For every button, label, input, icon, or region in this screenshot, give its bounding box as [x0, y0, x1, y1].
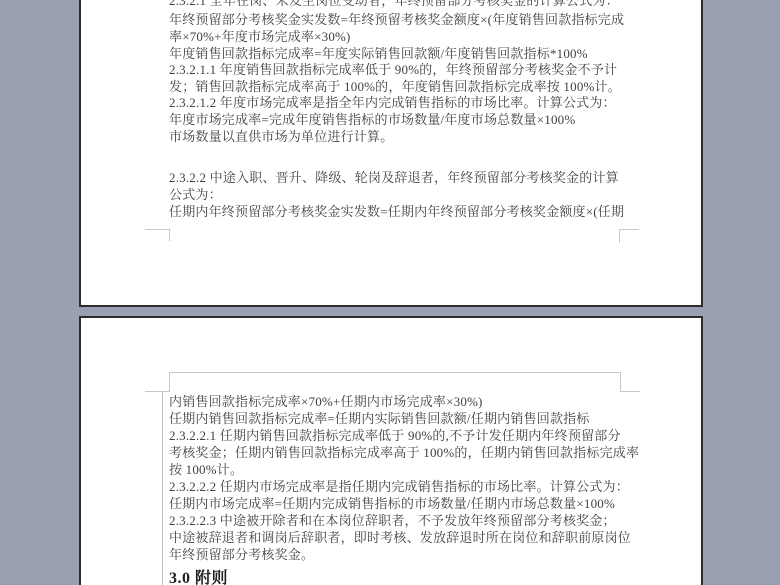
- text-line: 任期内销售回款指标完成率=任期内实际销售回款额/任期内销售回款指标: [169, 411, 590, 427]
- text-line: 年度销售回款指标完成率=年度实际销售回款额/年度销售回款指标*100%: [169, 46, 588, 62]
- text-line: 考核奖金；任期内销售回款指标完成率高于 100%的，任期内销售回款指标完成率: [169, 445, 639, 461]
- document-page-1[interactable]: 2.3.2.1 全年在岗、未发生岗位变动者，年终预留部分考核奖金的计算公式为： …: [79, 0, 703, 307]
- text-line: 2.3.2.2.1 任期内销售回款指标完成率低于 90%的,不予计发任期内年终预…: [169, 428, 621, 444]
- margin-mark-bottom-left-v: [169, 229, 170, 241]
- margin-mark-bottom-right-v: [619, 229, 620, 243]
- margin-mark-top-right-tick: [620, 391, 640, 392]
- text-line: 中途被辞退者和调岗后辞职者，即时考核、发放辞退时所在岗位和辞职前原岗位: [169, 530, 631, 546]
- text-line: 2.3.2.1.2 年度市场完成率是指全年内完成销售指标的市场比率。计算公式为：: [169, 95, 616, 111]
- text-line: 任期内市场完成率=任期内完成销售指标的市场数量/任期内市场总数量×100%: [169, 496, 615, 512]
- text-line: 发；销售回款指标完成率高于 100%的，年度销售回款指标完成率按 100%计。: [169, 79, 621, 95]
- text-line: 率×70%+年度市场完成率×30%): [169, 29, 351, 45]
- text-line: 年终预留部分考核奖金实发数=年终预留考核奖金额度×(年度销售回款指标完成: [169, 12, 624, 28]
- text-line: 2.3.2.1.1 年度销售回款指标完成率低于 90%的，年终预留部分考核奖金不…: [169, 62, 617, 78]
- document-preview-canvas: 2.3.2.1 全年在岗、未发生岗位变动者，年终预留部分考核奖金的计算公式为： …: [0, 0, 780, 585]
- text-line: 年度市场完成率=完成年度销售指标的市场数量/年度市场总数量×100%: [169, 112, 575, 128]
- text-line: 2.3.2.1 全年在岗、未发生岗位变动者，年终预留部分考核奖金的计算公式为：: [169, 0, 619, 9]
- margin-mark-bottom-left-h: [145, 229, 169, 230]
- document-page-2[interactable]: 内销售回款指标完成率×70%+任期内市场完成率×30%) 任期内销售回款指标完成…: [79, 316, 703, 585]
- text-line: 2.3.2.2.3 中途被开除者和在本岗位辞职者，不予发放年终预留部分考核奖金；: [169, 513, 616, 529]
- section-heading: 3.0 附则: [169, 565, 228, 585]
- text-line: 市场数量以直供市场为单位进行计算。: [169, 129, 393, 145]
- text-line: 公式为：: [169, 187, 222, 203]
- text-line: 年终预留部分考核奖金。: [169, 547, 314, 563]
- text-line: 任期内年终预留部分考核奖金实发数=任期内年终预留部分考核奖金额度×(任期: [169, 204, 624, 220]
- margin-mark-top-left-tick: [145, 391, 169, 392]
- text-line: 2.3.2.2 中途入职、晋升、降级、轮岗及辞退者，年终预留部分考核奖金的计算: [169, 170, 619, 186]
- margin-mark-bottom-right-h: [619, 229, 639, 230]
- text-line: 内销售回款指标完成率×70%+任期内市场完成率×30%): [169, 394, 483, 410]
- margin-mark-top-boundary: [169, 372, 621, 392]
- text-line: 按 100%计。: [169, 462, 243, 478]
- revision-bar: [162, 392, 163, 585]
- text-line: 2.3.2.2.2 任期内市场完成率是指任期内完成销售指标的市场比率。计算公式为…: [169, 479, 629, 495]
